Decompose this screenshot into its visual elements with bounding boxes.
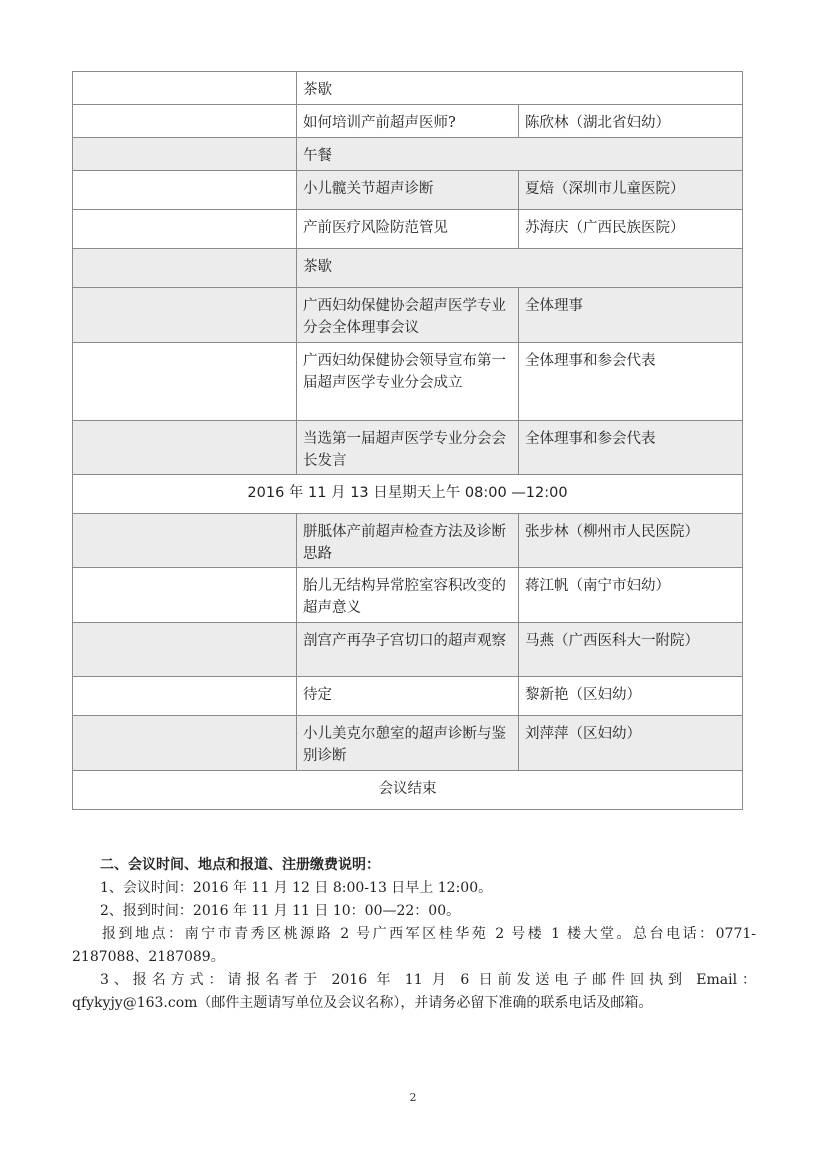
topic-cell: 广西妇幼保健协会超声医学专业分会全体理事会议 bbox=[297, 288, 519, 343]
topic-cell: 如何培训产前超声医师? bbox=[297, 105, 519, 138]
topic-cell: 胼胝体产前超声检查方法及诊断思路 bbox=[297, 514, 519, 568]
table-row: 产前医疗风险防范管见 苏海庆（广西民族医院） bbox=[73, 210, 743, 249]
speaker-cell: 马燕（广西医科大一附院） bbox=[519, 623, 743, 677]
check-in-location-line1: 报到地点：南宁市青秀区桃源路 2 号广西军区桂华苑 2 号楼 1 楼大堂。总台电… bbox=[72, 923, 756, 946]
topic-cell: 胎儿无结构异常腔室容积改变的超声意义 bbox=[297, 568, 519, 623]
topic-cell: 当选第一届超声医学专业分会会长发言 bbox=[297, 421, 519, 475]
time-cell bbox=[73, 171, 297, 210]
speaker-cell: 蒋江帆（南宁市妇幼） bbox=[519, 568, 743, 623]
speaker-cell: 黎新艳（区妇幼） bbox=[519, 677, 743, 716]
page-number: 2 bbox=[0, 1091, 826, 1104]
meeting-time: 1、会议时间：2016 年 11 月 12 日 8:00-13 日早上 12:0… bbox=[72, 877, 756, 900]
table-row: 剖宫产再孕子宫切口的超声观察 马燕（广西医科大一附院） bbox=[73, 623, 743, 677]
registration-method-line1: 3、报名方式：请报名者于 2016 年 11 月 6 日前发送电子邮件回执到 E… bbox=[72, 969, 756, 992]
time-cell bbox=[73, 623, 297, 677]
speaker-cell: 陈欣林（湖北省妇幼） bbox=[519, 105, 743, 138]
schedule-table: 茶歇 如何培训产前超声医师? 陈欣林（湖北省妇幼） 午餐 小儿髋关节超声诊断 夏… bbox=[72, 71, 743, 810]
topic-cell: 小儿美克尔憩室的超声诊断与鉴别诊断 bbox=[297, 716, 519, 771]
registration-method-line2: qfykyjy@163.com（邮件主题请写单位及会议名称），并请务必留下准确的… bbox=[72, 992, 756, 1015]
speaker-cell: 夏焙（深圳市儿童医院） bbox=[519, 171, 743, 210]
time-cell bbox=[73, 716, 297, 771]
topic-cell: 茶歇 bbox=[297, 72, 743, 105]
topic-cell: 茶歇 bbox=[297, 249, 743, 288]
time-cell bbox=[73, 210, 297, 249]
table-row: 广西妇幼保健协会领导宣布第一届超声医学专业分会成立 全体理事和参会代表 bbox=[73, 343, 743, 421]
topic-cell: 广西妇幼保健协会领导宣布第一届超声医学专业分会成立 bbox=[297, 343, 519, 421]
time-cell bbox=[73, 249, 297, 288]
time-cell bbox=[73, 288, 297, 343]
document-page: 茶歇 如何培训产前超声医师? 陈欣林（湖北省妇幼） 午餐 小儿髋关节超声诊断 夏… bbox=[0, 0, 826, 1169]
speaker-cell: 苏海庆（广西民族医院） bbox=[519, 210, 743, 249]
time-cell bbox=[73, 105, 297, 138]
speaker-cell: 全体理事和参会代表 bbox=[519, 343, 743, 421]
check-in-time: 2、报到时间：2016 年 11 月 11 日 10：00—22：00。 bbox=[72, 900, 756, 923]
day-header-row: 2016 年 11 月 13 日星期天上午 08:00 —12:00 bbox=[73, 475, 743, 514]
table-row: 当选第一届超声医学专业分会会长发言 全体理事和参会代表 bbox=[73, 421, 743, 475]
table-row: 小儿美克尔憩室的超声诊断与鉴别诊断 刘萍萍（区妇幼） bbox=[73, 716, 743, 771]
time-cell bbox=[73, 343, 297, 421]
closing-cell: 会议结束 bbox=[73, 771, 743, 810]
day2-header: 2016 年 11 月 13 日星期天上午 08:00 —12:00 bbox=[73, 475, 743, 514]
speaker-cell: 刘萍萍（区妇幼） bbox=[519, 716, 743, 771]
table-row: 小儿髋关节超声诊断 夏焙（深圳市儿童医院） bbox=[73, 171, 743, 210]
speaker-cell: 全体理事 bbox=[519, 288, 743, 343]
topic-cell: 待定 bbox=[297, 677, 519, 716]
time-cell bbox=[73, 677, 297, 716]
topic-cell: 剖宫产再孕子宫切口的超声观察 bbox=[297, 623, 519, 677]
topic-cell: 午餐 bbox=[297, 138, 743, 171]
time-cell bbox=[73, 138, 297, 171]
time-cell bbox=[73, 421, 297, 475]
registration-notes: 二、会议时间、地点和报道、注册缴费说明： 1、会议时间：2016 年 11 月 … bbox=[72, 854, 756, 1015]
table-row: 广西妇幼保健协会超声医学专业分会全体理事会议 全体理事 bbox=[73, 288, 743, 343]
table-row: 午餐 bbox=[73, 138, 743, 171]
time-cell bbox=[73, 72, 297, 105]
check-in-location-line2: 2187088、2187089。 bbox=[72, 946, 756, 969]
topic-cell: 产前医疗风险防范管见 bbox=[297, 210, 519, 249]
topic-cell: 小儿髋关节超声诊断 bbox=[297, 171, 519, 210]
time-cell bbox=[73, 568, 297, 623]
speaker-cell: 全体理事和参会代表 bbox=[519, 421, 743, 475]
table-row: 待定 黎新艳（区妇幼） bbox=[73, 677, 743, 716]
speaker-cell: 张步林（柳州市人民医院） bbox=[519, 514, 743, 568]
table-row: 茶歇 bbox=[73, 72, 743, 105]
table-row: 胼胝体产前超声检查方法及诊断思路 张步林（柳州市人民医院） bbox=[73, 514, 743, 568]
table-row: 茶歇 bbox=[73, 249, 743, 288]
section-heading: 二、会议时间、地点和报道、注册缴费说明： bbox=[72, 854, 756, 877]
table-row: 胎儿无结构异常腔室容积改变的超声意义 蒋江帆（南宁市妇幼） bbox=[73, 568, 743, 623]
time-cell bbox=[73, 514, 297, 568]
table-row: 如何培训产前超声医师? 陈欣林（湖北省妇幼） bbox=[73, 105, 743, 138]
closing-row: 会议结束 bbox=[73, 771, 743, 810]
